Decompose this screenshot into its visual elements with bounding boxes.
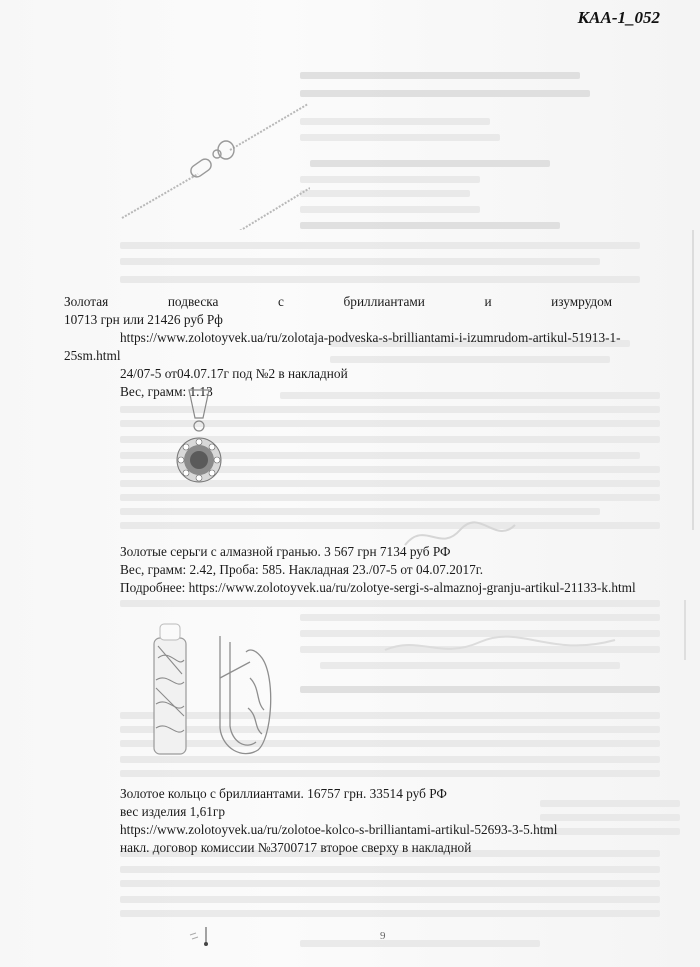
signature-bleed — [380, 630, 620, 670]
bleed-through-line — [300, 614, 660, 621]
earrings-image — [150, 618, 280, 768]
pendant-image — [165, 388, 235, 508]
bleed-through-line — [300, 176, 480, 183]
bleed-through-line — [120, 242, 640, 249]
document-stamp-code: КАА-1_052 — [578, 8, 660, 28]
bleed-through-line — [300, 222, 560, 229]
bleed-through-line — [120, 600, 660, 607]
item-ring-description: Золотое кольцо с бриллиантами. 16757 грн… — [120, 785, 557, 857]
bleed-through-line — [300, 118, 490, 125]
item-url[interactable]: Подробнее: https://www.zolotoyvek.ua/ru/… — [120, 579, 636, 597]
item-invoice: накл. договор комиссии №3700717 второе с… — [120, 839, 557, 857]
chain-necklace-image — [110, 70, 310, 230]
item-pendant-description: Золотая подвеска с бриллиантами и изумру… — [64, 293, 621, 401]
page-edge-shadow — [684, 600, 686, 660]
item-details: Вес, грамм: 2.42, Проба: 585. Накладная … — [120, 561, 636, 579]
bleed-through-line — [120, 770, 660, 777]
item-url-continued[interactable]: 25sm.html — [64, 347, 621, 365]
bleed-through-line — [120, 910, 660, 917]
bleed-through-line — [300, 190, 470, 197]
bleed-through-line — [300, 206, 480, 213]
item-url[interactable]: https://www.zolotoyvek.ua/ru/zolotaja-po… — [64, 329, 621, 347]
bleed-through-line — [120, 522, 660, 529]
item-price: 10713 грн или 21426 руб Рф — [64, 311, 621, 329]
bleed-through-line — [540, 828, 680, 835]
item-earrings-description: Золотые серьги с алмазной гранью. 3 567 … — [120, 543, 636, 597]
ink-mark — [188, 925, 210, 947]
item-title: Золотое кольцо с бриллиантами. 16757 грн… — [120, 785, 557, 803]
bleed-through-line — [540, 800, 680, 807]
bleed-through-line — [540, 814, 680, 821]
item-weight: вес изделия 1,61гр — [120, 803, 557, 821]
bleed-through-line — [120, 258, 600, 265]
page-number: 9 — [380, 930, 386, 942]
bleed-through-line — [120, 508, 600, 515]
bleed-through-line — [300, 90, 590, 97]
bleed-through-line — [300, 686, 660, 693]
item-title: Золотая подвеска с бриллиантами и изумру… — [64, 293, 612, 311]
bleed-through-line — [310, 160, 550, 167]
bleed-through-line — [300, 72, 580, 79]
page-edge-shadow — [692, 230, 694, 530]
item-url[interactable]: https://www.zolotoyvek.ua/ru/zolotoe-kol… — [120, 821, 557, 839]
item-title: Золотые серьги с алмазной гранью. 3 567 … — [120, 543, 636, 561]
bleed-through-line — [300, 940, 540, 947]
item-invoice: 24/07-5 от04.07.17г под №2 в накладной — [64, 365, 621, 383]
bleed-through-line — [120, 880, 660, 887]
item-weight: Вес, грамм: 1.13 — [64, 383, 621, 401]
bleed-through-line — [300, 134, 500, 141]
bleed-through-line — [120, 276, 640, 283]
bleed-through-line — [120, 896, 660, 903]
bleed-through-line — [120, 866, 660, 873]
